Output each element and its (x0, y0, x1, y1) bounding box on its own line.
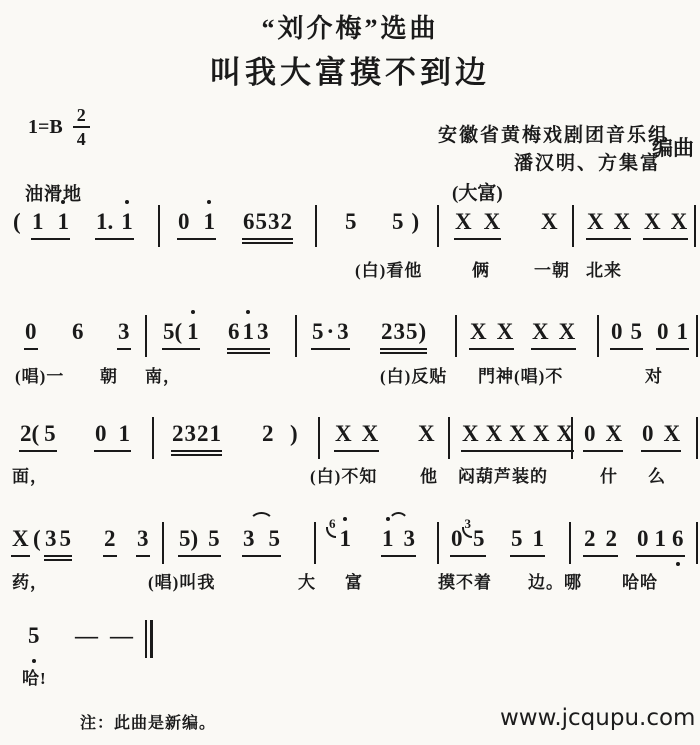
notation-line: 2(50123212)XXXXXXXX0X0X (0, 420, 700, 454)
note: 6 (228, 318, 240, 346)
note: 1 (655, 525, 667, 553)
note-group: 0 (25, 318, 37, 346)
note-group: 5) (392, 208, 419, 236)
note-group: 5 (28, 622, 40, 650)
octave-dot-above (386, 517, 390, 521)
octave-dot-below (32, 659, 36, 663)
note: 3 (137, 525, 149, 553)
note-group: 51 (511, 525, 544, 553)
percussion-note: X (509, 420, 526, 448)
note: 3 (404, 525, 416, 553)
note-group: 613 (228, 318, 269, 346)
percussion-note: X (462, 420, 479, 448)
note-group: 035 (451, 525, 485, 553)
note-group: — (75, 622, 98, 650)
percussion-note: X (671, 208, 688, 236)
lyric: 闷葫芦装的 (458, 462, 548, 487)
barline (437, 522, 439, 564)
percussion-note: X (486, 420, 503, 448)
lyric: 門神(唱)不 (478, 362, 563, 387)
tie-arc (388, 512, 409, 523)
note: 1 (210, 420, 222, 448)
note: ) (419, 318, 427, 346)
note-group: X (418, 420, 435, 448)
lyric: 哈! (22, 664, 47, 689)
note-group: 0X (584, 420, 622, 448)
note: 5 (345, 208, 357, 236)
note-group: 01 (178, 208, 215, 236)
lyric: 他 (420, 462, 438, 487)
percussion-note: X (455, 208, 472, 236)
note-group: XX (455, 208, 500, 236)
note: 6 (72, 318, 84, 346)
note: 5 (511, 525, 523, 553)
barline (437, 205, 439, 247)
barline (145, 315, 147, 357)
note: 1 (121, 208, 133, 236)
octave-dot-above (125, 200, 129, 204)
octave-dot-above (343, 517, 347, 521)
lyric-line: 药，(唱)叫我大富摸不着边。哪哈哈 (0, 568, 700, 592)
note: ( (33, 525, 41, 553)
note: ) (412, 208, 420, 236)
note-group: X (12, 525, 29, 553)
note-group: 11 (32, 208, 69, 236)
note: 1 (32, 208, 44, 236)
barline (597, 315, 599, 357)
note: 5( (163, 318, 182, 346)
note-group: 3 (118, 318, 130, 346)
note: 2 (281, 208, 293, 236)
note-group: 2(5 (20, 420, 56, 448)
percussion-note: X (532, 318, 549, 346)
note-group: 61 (329, 525, 351, 553)
note: 0 (178, 208, 190, 236)
percussion-note: X (484, 208, 501, 236)
note: 3 (394, 318, 406, 346)
barline (158, 205, 160, 247)
notation-line: 0635(16135·3235)XXXX0501 (0, 318, 700, 352)
note: 5 (392, 208, 404, 236)
note: ) (290, 420, 298, 448)
note-group: 35 (45, 525, 71, 553)
note-group: 0X (642, 420, 680, 448)
lyric: (唱)叫我 (148, 568, 215, 593)
octave-dot-above (246, 310, 250, 314)
note: 5) (179, 525, 198, 553)
note-group: XX (644, 208, 687, 236)
note: 0 (637, 525, 649, 553)
note-group: 05 (611, 318, 642, 346)
note: 1 (243, 318, 255, 346)
lyric: 么 (648, 462, 666, 487)
note: 2 (262, 420, 274, 448)
percussion-note: X (644, 208, 661, 236)
note: 1 (533, 525, 545, 553)
note: — (110, 622, 133, 650)
lyric-line: (唱)一朝南，(白)反贴門神(唱)不对 (0, 362, 700, 386)
notation-line: (111.101653255)XXXXXXX (0, 208, 700, 242)
note-group: 2 (104, 525, 116, 553)
lyric: 对 (645, 362, 663, 387)
score: (111.101653255)XXXXXXX(白)看他俩一朝北来0635(161… (0, 0, 700, 745)
percussion-note: X (664, 420, 681, 448)
note: 5 (312, 318, 324, 346)
final-barline (145, 620, 153, 658)
footnote: 注：此曲是新编。 (80, 710, 216, 733)
notation-line: 5—— (0, 622, 700, 656)
note: 0 (657, 318, 669, 346)
barline (295, 315, 297, 357)
notation-symbol: ( (13, 208, 21, 236)
note: 3 (243, 525, 255, 553)
note: 3 (465, 517, 472, 530)
note-group: XX (532, 318, 575, 346)
barline (448, 417, 450, 459)
lyric: 富 (345, 568, 363, 593)
percussion-note: X (335, 420, 352, 448)
note: 1. (96, 208, 113, 236)
note-group: 3 (137, 525, 149, 553)
note-group: 5 (345, 208, 357, 236)
note: 6 (329, 517, 336, 530)
watermark: www.jcqupu.com (500, 705, 695, 731)
percussion-note: X (559, 318, 576, 346)
note-group: 35 (243, 525, 280, 553)
lyric: 哈哈 (622, 568, 658, 593)
note: 3 (185, 420, 197, 448)
note-group: 016 (637, 525, 684, 553)
note-group: 2 (262, 420, 274, 448)
barline (696, 522, 698, 564)
note: 5 (28, 622, 40, 650)
note: 5 (60, 525, 72, 553)
percussion-note: X (541, 208, 558, 236)
final-barline-thick (150, 620, 153, 658)
lyric: 大 (298, 568, 316, 593)
lyric-line: 面，(白)不知他闷葫芦装的什么 (0, 462, 700, 486)
barline (569, 522, 571, 564)
barline (571, 417, 573, 459)
lyric: (唱)一 (15, 362, 64, 387)
octave-dot-below (676, 562, 680, 566)
percussion-note: X (470, 318, 487, 346)
lyric: 俩 (472, 256, 490, 281)
note: 1 (382, 525, 394, 553)
barline (162, 522, 164, 564)
note-group: 1.1 (96, 208, 133, 236)
note-group: 13 (382, 525, 415, 553)
note: 2 (104, 525, 116, 553)
percussion-note: X (606, 420, 623, 448)
percussion-note: X (533, 420, 550, 448)
note-group: 5(1 (163, 318, 199, 346)
note-group: 01 (657, 318, 688, 346)
note: 5 (473, 525, 485, 553)
lyric: 朝 (100, 362, 118, 387)
note: 5 (406, 318, 418, 346)
note: 3 (118, 318, 130, 346)
lyric: 边。哪 (528, 568, 582, 593)
percussion-note: X (497, 318, 514, 346)
note: 3 (45, 525, 57, 553)
note: 5 (269, 525, 281, 553)
note-group: 235) (381, 318, 426, 346)
octave-dot-above (207, 200, 211, 204)
note: 1 (340, 525, 352, 553)
percussion-note: X (12, 525, 29, 553)
note: 1 (119, 420, 131, 448)
note: 2( (20, 420, 39, 448)
note-group: 2321 (172, 420, 221, 448)
notation-line: X(35235)53561130355122016 (0, 525, 700, 559)
barline (318, 417, 320, 459)
final-barline-thin (145, 620, 147, 658)
sheet-music-page: “刘介梅”选曲 叫我大富摸不到边 1=B 2 4 安徽省黄梅戏剧团音乐组 潘汉明… (0, 0, 700, 745)
note-group: ) (290, 420, 298, 448)
note: 1 (187, 318, 199, 346)
note: 0 (642, 420, 654, 448)
note: 1 (677, 318, 689, 346)
note: 5 (208, 525, 220, 553)
note: 0 (25, 318, 37, 346)
note-group: 22 (584, 525, 617, 553)
lyric: (白)看他 (355, 256, 422, 281)
note: 3 (337, 318, 349, 346)
octave-dot-above (61, 200, 65, 204)
lyric: (白)不知 (310, 462, 377, 487)
lyric: 药， (12, 568, 48, 593)
barline (694, 205, 696, 247)
percussion-note: X (362, 420, 379, 448)
note: 2 (381, 318, 393, 346)
barline (455, 315, 457, 357)
lyric: 南， (145, 362, 181, 387)
note: 6 (243, 208, 255, 236)
lyric: 面， (12, 462, 48, 487)
barline (314, 522, 316, 564)
lyric-line: 哈! (0, 664, 700, 688)
note-group: XX (470, 318, 513, 346)
tie-arc (249, 512, 274, 523)
note: 1 (58, 208, 70, 236)
lyric: 北来 (586, 256, 622, 281)
note: 5 (44, 420, 56, 448)
note: 3 (268, 208, 280, 236)
lyric: 摸不着 (438, 568, 492, 593)
note-group: 01 (95, 420, 130, 448)
note-group: 6532 (243, 208, 292, 236)
barline (696, 417, 698, 459)
barline (696, 315, 698, 357)
percussion-note: X (418, 420, 435, 448)
note: 0 (451, 525, 463, 553)
grace-slur (326, 527, 336, 538)
lyric: 一朝 (534, 256, 570, 281)
note-group: ( (33, 525, 41, 553)
barline (315, 205, 317, 247)
note: 0 (584, 420, 596, 448)
note: · (327, 318, 335, 346)
note: 1 (204, 208, 216, 236)
percussion-note: X (587, 208, 604, 236)
barline (572, 205, 574, 247)
note: 3 (257, 318, 269, 346)
lyric-line: (白)看他俩一朝北来 (0, 256, 700, 280)
note-group: — (110, 622, 133, 650)
percussion-note: X (614, 208, 631, 236)
octave-dot-above (191, 310, 195, 314)
note-group: 5·3 (312, 318, 349, 346)
note-group: 6 (72, 318, 84, 346)
note-group: XX (587, 208, 630, 236)
note-group: XXXXX (462, 420, 573, 448)
note: 2 (172, 420, 184, 448)
note: 0 (611, 318, 623, 346)
note: — (75, 622, 98, 650)
note: 0 (95, 420, 107, 448)
barline (152, 417, 154, 459)
note-group: 5)5 (179, 525, 220, 553)
lyric: 什 (600, 462, 618, 487)
note: 5 (631, 318, 643, 346)
note: 6 (672, 525, 684, 553)
note: 5 (256, 208, 268, 236)
note-group: XX (335, 420, 378, 448)
note-group: X (541, 208, 558, 236)
note: 2 (197, 420, 209, 448)
lyric: (白)反贴 (380, 362, 447, 387)
note: 2 (606, 525, 618, 553)
grace-slur (462, 527, 472, 538)
note: 2 (584, 525, 596, 553)
